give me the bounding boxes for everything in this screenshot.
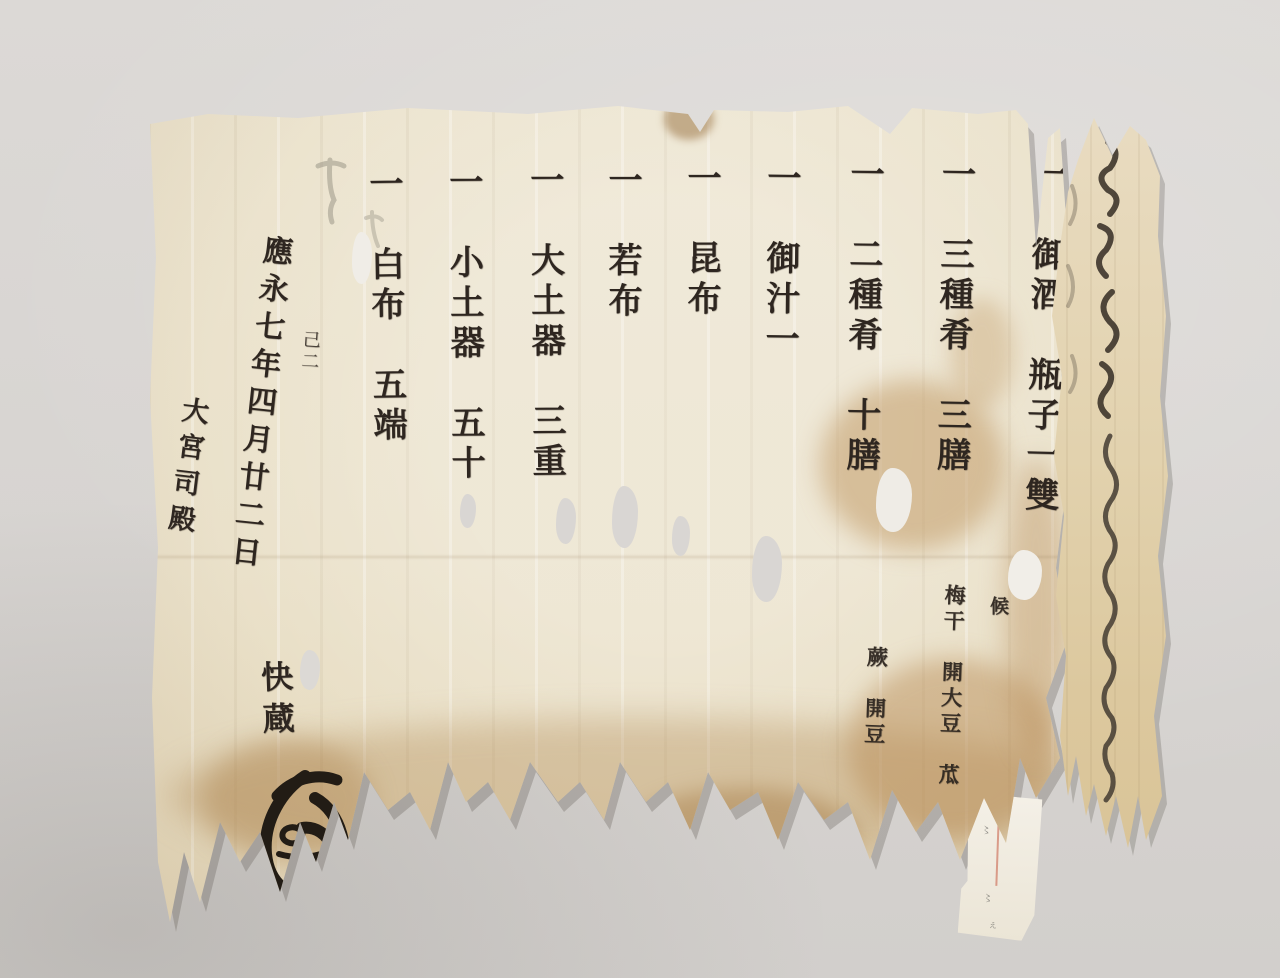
top-edge-stain (664, 98, 714, 140)
item-column-three-kinds: 一 三種肴 三膳 (933, 156, 973, 478)
paper-hole (672, 516, 690, 556)
signature-name: 快蔵 (259, 659, 294, 743)
slip-pencil-mark: 〻 (981, 821, 992, 836)
addressee-column: 大宮司殿 (163, 395, 207, 542)
item-column-small-earthenware: 一 小土器 五十 (446, 164, 483, 485)
paper-hole (752, 536, 782, 602)
item-column-soup: 一 御汁一 (762, 160, 798, 361)
date-column: 應永七年四月廿二日 (225, 233, 290, 574)
annotation-three-kinds-detail: 梅干 開大豆 苽 (936, 584, 964, 790)
paper-hole (556, 498, 576, 544)
annotation-two-kinds-detail: 蕨 開豆 (862, 646, 887, 749)
photo-backdrop: 〻 〻 ぇ 一 御酒 瓶子一雙 一 三種肴 三膳 一 二種肴 十膳 一 御汁一 … (0, 0, 1280, 978)
slip-pencil-mark: 〻 (983, 889, 994, 904)
item-column-white-cloth: 一 白布 五端 (366, 166, 405, 447)
item-column-two-kinds: 一 二種肴 十膳 (843, 156, 881, 477)
item-column-wakame: 一 若布 (605, 162, 639, 322)
paper-hole (300, 650, 320, 690)
paper-hole (460, 494, 476, 528)
item-column-large-earthenware: 一 大土器 三重 (527, 162, 564, 483)
paper-hole (612, 486, 638, 548)
cipher-mark: 己二 (299, 329, 320, 373)
slip-pencil-mark: ぇ (988, 916, 999, 931)
annotation-small-note: 候 (988, 596, 1007, 619)
item-column-konbu: 一 昆布 (684, 160, 718, 320)
